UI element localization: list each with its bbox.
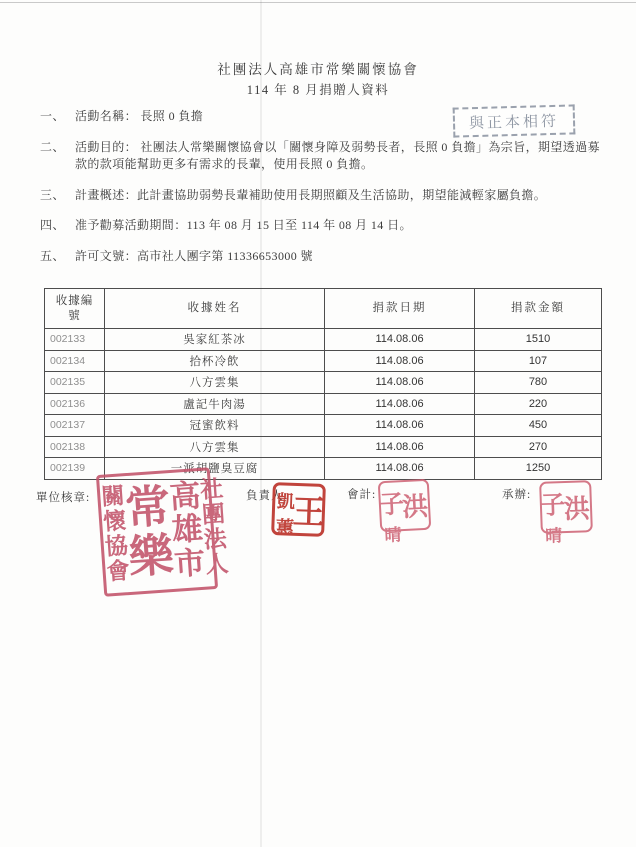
receipt-name: 八方雲集 [105, 372, 325, 394]
list-item-activity-purpose: 二、 活動目的： 社團法人常樂關懷協會以「關懷身障及弱勢長者，長照 0 負擔」為… [40, 139, 606, 174]
table-row: 002133 吳家紅茶冰 114.08.06 1510 [45, 329, 602, 351]
handler-label: 承辦: [502, 486, 531, 502]
item-text: 活動目的： 社團法人常樂關懷協會以「關懷身障及弱勢長者，長照 0 負擔」為宗旨，… [75, 139, 606, 174]
handler-name-seal: 子 晴 洪 [539, 480, 593, 534]
donation-date: 114.08.06 [325, 458, 475, 480]
receipt-number: 002134 [45, 350, 105, 372]
seal-char: 晴 [384, 520, 402, 546]
header-receipt-name: 收據姓名 [105, 289, 325, 329]
header-donation-amount: 捐款金額 [475, 289, 602, 329]
table-row: 002134 拾杯冷飲 114.08.06 107 [45, 350, 602, 372]
donation-amount: 220 [475, 393, 602, 415]
donation-amount: 1510 [475, 329, 602, 351]
donation-amount: 1250 [475, 458, 602, 480]
table-row: 002135 八方雲集 114.08.06 780 [45, 372, 602, 394]
donation-amount: 780 [475, 372, 602, 394]
table-header-row: 收據編號 收據姓名 捐款日期 捐款金額 [45, 289, 602, 329]
item-text: 准予勸募活動期間：113 年 08 月 15 日至 114 年 08 月 14 … [75, 217, 606, 235]
item-number: 三、 [40, 187, 75, 205]
donation-amount: 270 [475, 436, 602, 458]
receipt-number: 002133 [45, 329, 105, 351]
donor-table: 收據編號 收據姓名 捐款日期 捐款金額 002133 吳家紅茶冰 114.08.… [44, 288, 602, 480]
donation-amount: 107 [475, 350, 602, 372]
accountant-name-seal: 子 晴 洪 [378, 479, 432, 533]
receipt-number: 002137 [45, 415, 105, 437]
list-item-plan-summary: 三、 計畫概述：此計畫協助弱勢長輩補助使用長期照顧及生活協助，期望能減輕家屬負擔… [40, 187, 606, 205]
certified-true-copy-stamp: 與正本相符 [453, 104, 576, 137]
org-seal-column: 常樂 [124, 482, 176, 582]
donation-date: 114.08.06 [325, 393, 475, 415]
accountant-label: 會計: [347, 486, 376, 502]
receipt-number: 002135 [45, 372, 105, 394]
scan-edge-artifact [0, 2, 636, 3]
item-text: 計畫概述：此計畫協助弱勢長輩補助使用長期照顧及生活協助，期望能減輕家屬負擔。 [75, 187, 606, 205]
organization-seal-stamp: 社團法人 高雄市 常樂 關懷協會 [96, 467, 218, 597]
donation-date: 114.08.06 [325, 329, 475, 351]
donation-date: 114.08.06 [325, 415, 475, 437]
header-donation-date: 捐款日期 [325, 289, 475, 329]
list-item-permit-number: 五、 許可文號：高市社人團字第 11336653000 號 [40, 248, 606, 266]
receipt-name: 盧記牛肉湯 [105, 393, 325, 415]
table-row: 002138 八方雲集 114.08.06 270 [45, 436, 602, 458]
item-number: 二、 [40, 139, 75, 174]
certified-true-copy-stamp-text: 與正本相符 [469, 109, 560, 132]
item-number: 一、 [40, 108, 75, 126]
seal-surname: 洪 [401, 481, 429, 529]
header-receipt-number: 收據編號 [45, 289, 105, 329]
item-number: 四、 [40, 217, 75, 235]
receipt-name: 冠蜜飲料 [105, 415, 325, 437]
document-title: 114 年 8 月捐贈人資料 [0, 80, 636, 98]
table-row: 002136 盧記牛肉湯 114.08.06 220 [45, 393, 602, 415]
seal-surname: 洪 [563, 482, 591, 531]
organization-title: 社團法人高雄市常樂關懷協會 [0, 58, 636, 78]
receipt-number: 002139 [45, 458, 105, 480]
donation-date: 114.08.06 [325, 350, 475, 372]
seal-given-name: 子 晴 [541, 483, 564, 532]
item-number: 五、 [40, 248, 75, 266]
seal-char: 子 [540, 485, 566, 522]
donation-date: 114.08.06 [325, 436, 475, 458]
donation-date: 114.08.06 [325, 372, 475, 394]
seal-given-name: 子 晴 [380, 482, 404, 530]
receipt-number: 002136 [45, 393, 105, 415]
seal-surname: 王 [295, 486, 322, 534]
receipt-number: 002138 [45, 436, 105, 458]
scanned-document-page: 社團法人高雄市常樂關懷協會 114 年 8 月捐贈人資料 與正本相符 一、 活動… [0, 0, 636, 847]
list-item-fundraising-period: 四、 准予勸募活動期間：113 年 08 月 15 日至 114 年 08 月 … [40, 217, 606, 235]
seal-char: 晴 [545, 521, 563, 547]
donation-amount: 450 [475, 415, 602, 437]
item-text: 許可文號：高市社人團字第 11336653000 號 [75, 248, 606, 266]
unit-seal-label: 單位核章: [36, 489, 90, 505]
receipt-name: 八方雲集 [105, 436, 325, 458]
receipt-name: 吳家紅茶冰 [105, 329, 325, 351]
table-row: 002137 冠蜜飲料 114.08.06 450 [45, 415, 602, 437]
manager-name-seal: 凱 蕙 王 [271, 482, 326, 537]
receipt-name: 拾杯冷飲 [105, 350, 325, 372]
